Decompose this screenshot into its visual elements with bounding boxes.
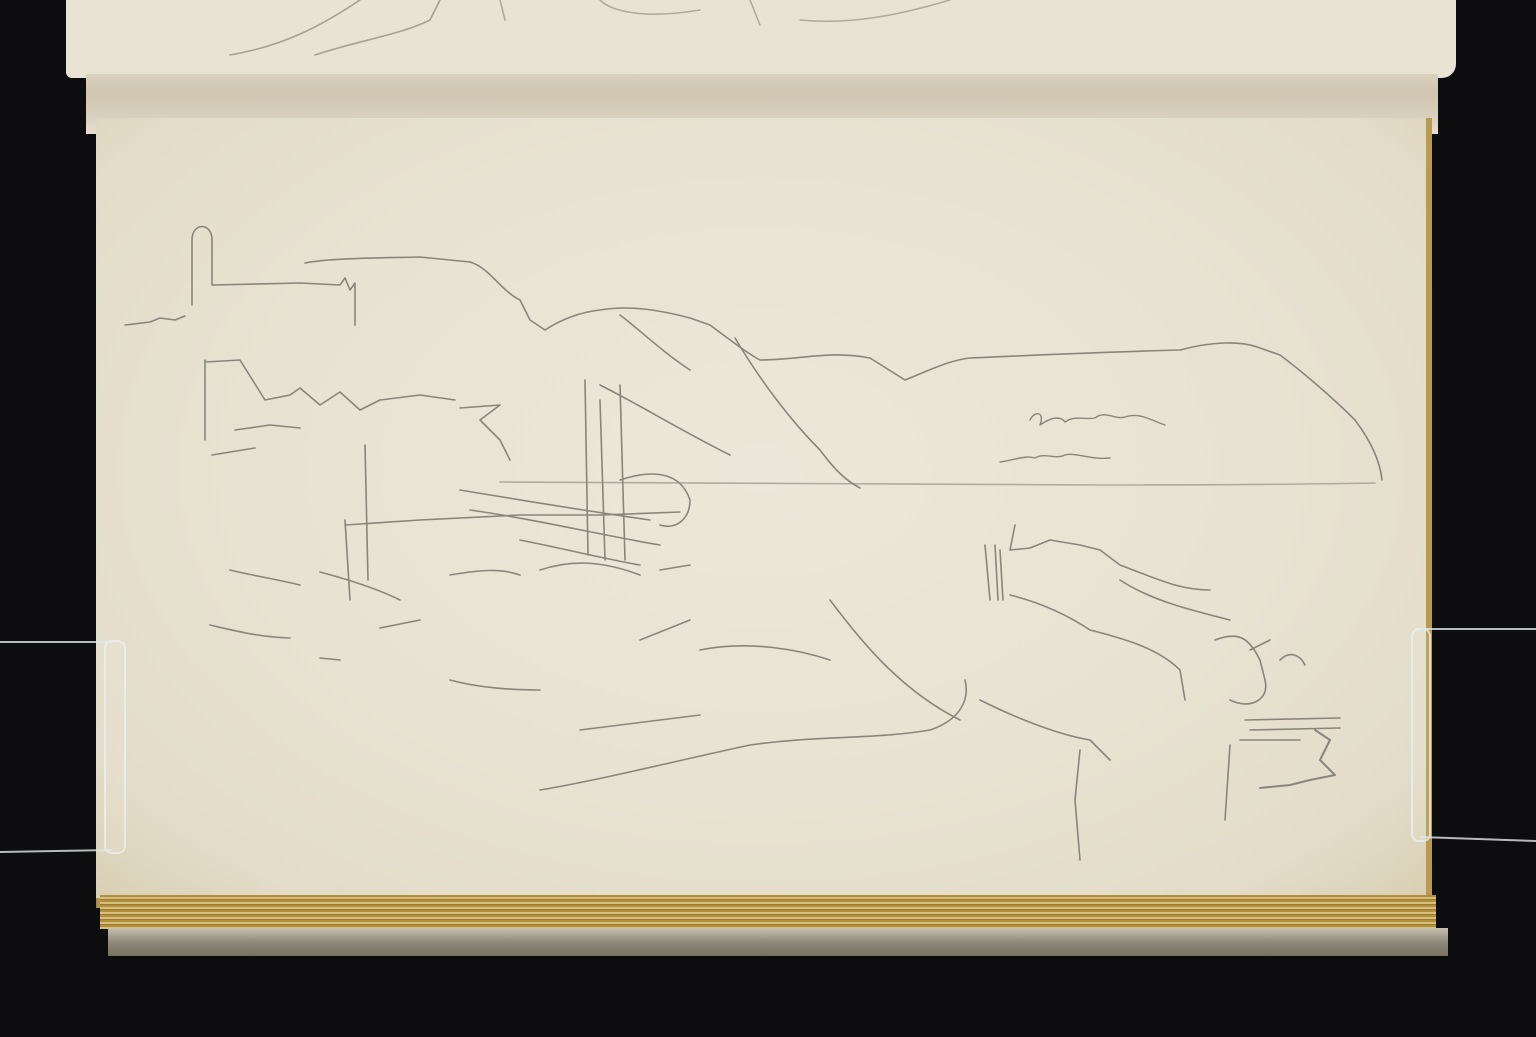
sketchbook-photo (0, 0, 1536, 1037)
pencil-sketch (0, 0, 1536, 1037)
